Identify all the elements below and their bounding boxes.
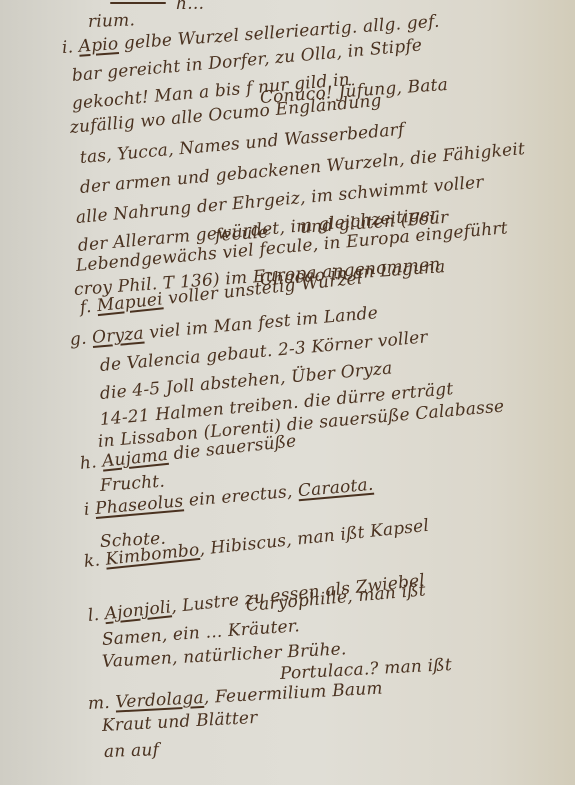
manuscript-line: rium. (88, 10, 136, 32)
entry-label: m. (87, 693, 116, 714)
line-text: Frucht. (99, 471, 165, 495)
line-text: , Hibiscus, man ißt Kapsel (198, 516, 430, 560)
plant-name: Caraota. (297, 475, 374, 502)
plant-name: Phaseolus (94, 491, 184, 519)
entry-label: i. (61, 37, 79, 58)
plant-name: Verdolaga (115, 688, 204, 713)
manuscript-line: an auf (104, 740, 160, 762)
line-text: h… (176, 0, 204, 14)
manuscript-line: h… (176, 0, 204, 14)
line-text: , Feuermilium Baum (203, 679, 383, 708)
line-text: ein erectus, (182, 481, 298, 511)
entry-label: k. (83, 550, 107, 572)
entry-label: h. (79, 452, 103, 474)
manuscript-line: Kraut und Blätter (101, 708, 257, 736)
entry-label: l. (87, 604, 106, 626)
plant-name: Oryza (91, 324, 144, 348)
entry-label: f. (79, 296, 98, 318)
manuscript-page: h…rium.i. Apio gelbe Wurzel selleriearti… (0, 0, 575, 785)
line-text: rium. (88, 10, 136, 32)
plant-name: Ajonjoli (104, 597, 172, 624)
line-text: an auf (104, 740, 160, 762)
manuscript-line: Frucht. (99, 471, 165, 495)
line-text: Kraut und Blätter (101, 708, 257, 736)
plant-name: Apio (78, 34, 119, 57)
entry-label: g. (69, 328, 93, 350)
ink-rule (110, 2, 166, 4)
